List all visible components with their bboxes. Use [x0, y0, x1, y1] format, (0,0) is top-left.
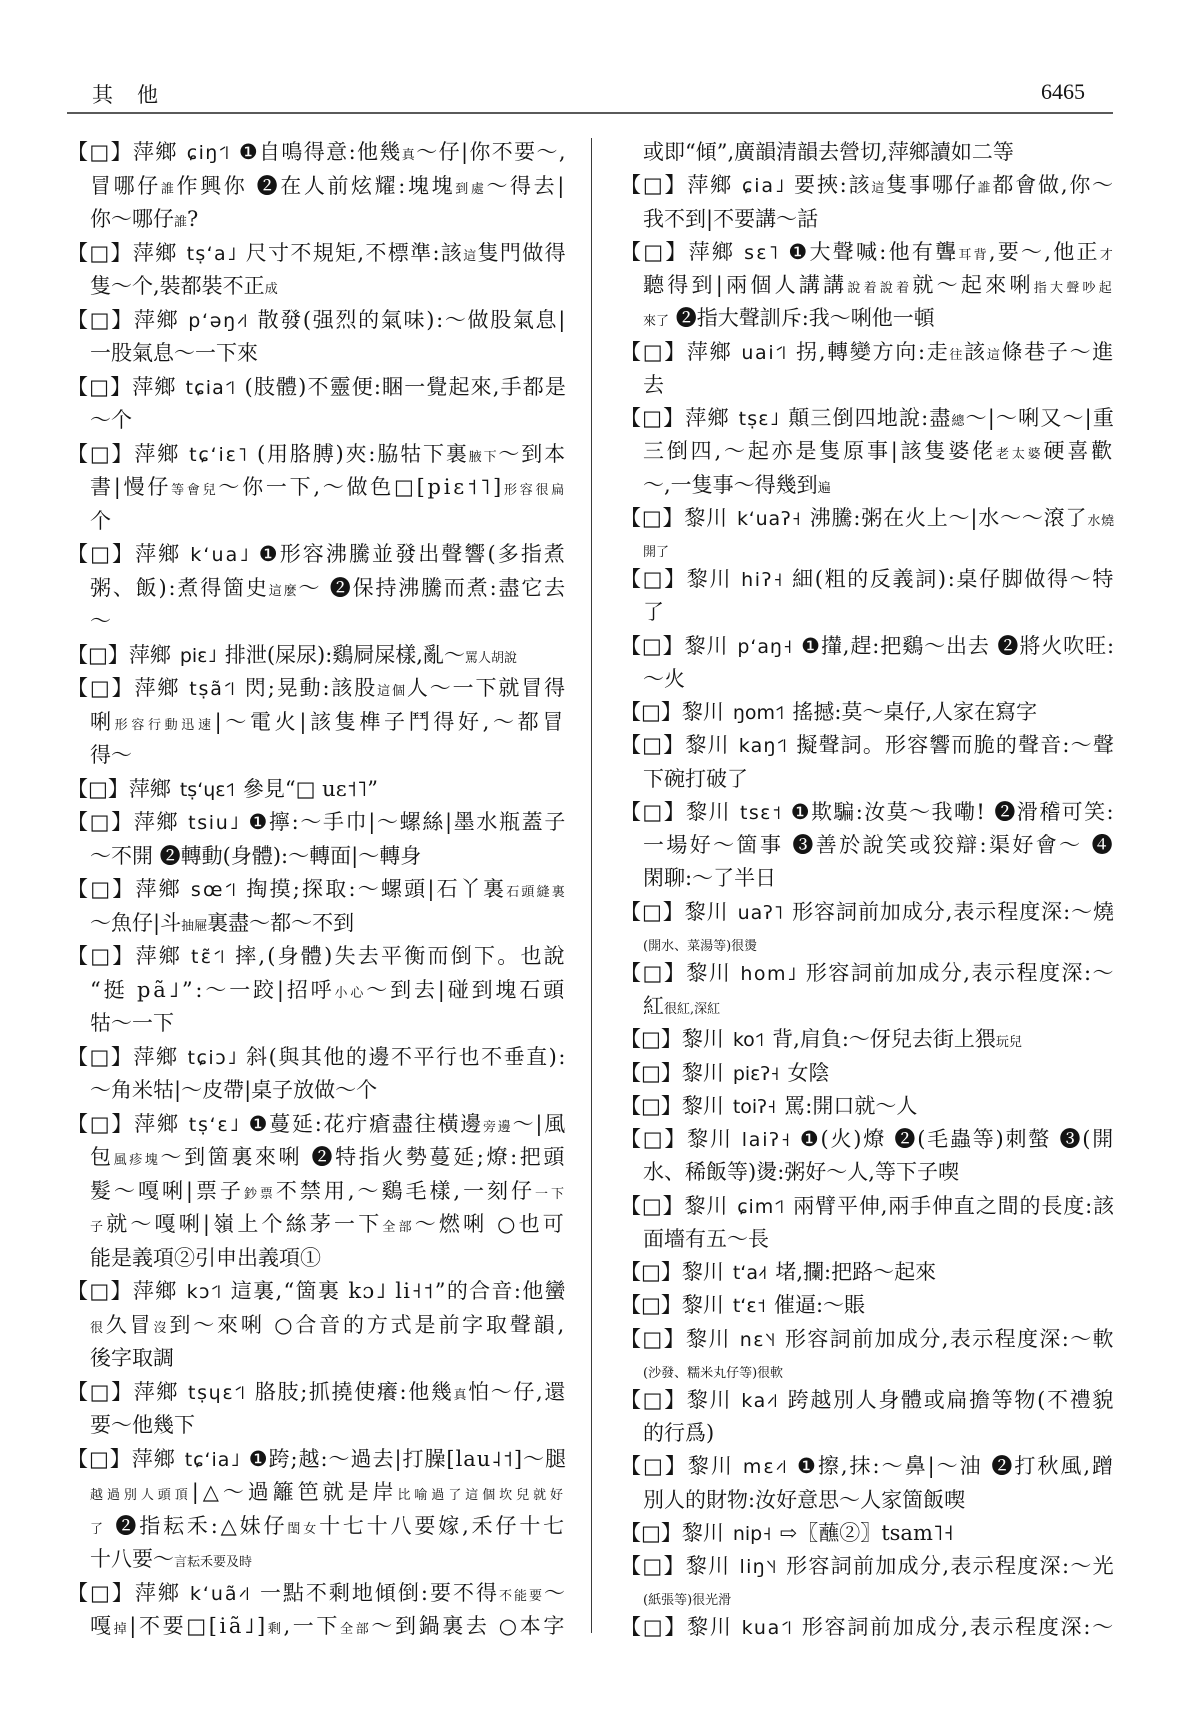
dictionary-entry: 【□】萍鄉tṣʻa˩尺寸不規矩,不標準:該這隻門做得隻～个,裝都裝不正成: [67, 237, 567, 304]
ipa-transcription: ko˦˥: [733, 1029, 764, 1051]
ipa-transcription: ɕim˦˥: [737, 1196, 785, 1218]
gloss-annotation: 這麼: [269, 584, 299, 599]
definition-text: ～到去|碰到塊石頭: [366, 978, 567, 1002]
headword-placeholder: 【□】: [620, 700, 682, 724]
ipa-transcription: pʻəŋ˨˦: [188, 310, 249, 332]
headword-placeholder: 【□】: [620, 733, 685, 757]
entry-line: ～火: [620, 663, 1115, 696]
line-content: ～火: [643, 663, 685, 696]
line-content: 面墻有五～長: [643, 1223, 769, 1256]
definition-text: 隻事哪仔: [886, 173, 977, 197]
dialect-label: 萍鄉: [133, 140, 178, 164]
gloss-annotation: 全部: [382, 1220, 414, 1235]
line-content: 【□】萍鄉kʻua˩❶形容沸騰並發出聲響(多指煮: [67, 538, 567, 573]
definition-text: 形容詞前加成分,表示程度深:～: [806, 961, 1115, 985]
line-content: 【□】黎川laiʔ˧❶(火)燎 ❷(毛蟲等)刺螫 ❸(開: [620, 1123, 1115, 1157]
line-content: 【□】黎川uaʔ˥形容詞前加成分,表示程度深:～燒: [620, 896, 1115, 930]
line-content: 【□】萍鄉tɕʻia˩❶跨;越:～過去|打臊[lau˨˦]～腿: [67, 1443, 567, 1478]
dialect-label: 萍鄉: [135, 877, 181, 901]
entry-line: 一股氣息～一下來: [67, 337, 567, 371]
definition-text: ～,一隻事～得幾到: [643, 473, 818, 497]
line-content: 【□】黎川toiʔ˧罵:開口就～人: [620, 1090, 917, 1124]
definition-text: 下碗打破了: [643, 767, 748, 791]
entry-line: ～魚仔|斗抽屜裏盡～都～不到: [67, 907, 567, 941]
dialect-label: 萍鄉: [689, 240, 736, 264]
definition-text: ❷指大聲訓斥:我～唎他一頓: [669, 306, 935, 330]
definition-text: 兩臂平伸,兩手伸直之間的長度:該: [793, 1194, 1115, 1218]
dialect-label: 黎川: [687, 567, 732, 591]
definition-text: 唎: [90, 710, 115, 734]
definition-text: ,一下: [283, 1614, 340, 1638]
gloss-annotation: 抽屜: [181, 919, 207, 934]
entry-line: 【□】黎川liŋ˥˧形容詞前加成分,表示程度深:～光: [620, 1550, 1115, 1583]
gloss-annotation: 遍: [818, 481, 831, 496]
definition-text: 擬聲詞。形容響而脆的聲音:～聲: [796, 733, 1115, 757]
entry-line: 【□】黎川ka˨˦跨越別人身體或扁擔等物(不禮貌: [620, 1384, 1115, 1417]
ipa-transcription: hiʔ˧: [741, 569, 784, 591]
definition-text: 形容詞前加成分,表示程度深:～燒: [792, 900, 1115, 924]
dictionary-entry: 【□】黎川kaŋ˦˥擬聲詞。形容響而脆的聲音:～聲下碗打破了: [620, 729, 1115, 796]
line-content: 書|慢仔等會兒～你一下,～做色□[piɛ˦˥]形容很扁: [90, 471, 567, 508]
definition-text: ～: [544, 1581, 567, 1605]
entry-line: 或即“傾”,廣韻清韻去營切,萍鄉讀如二等: [620, 136, 1115, 169]
definition-text: ⇨〖蘸②〗tsam˥˧: [780, 1521, 954, 1545]
definition-text: 裏盡～都～不到: [207, 911, 354, 935]
definition-text: 都會做,你～: [992, 173, 1115, 197]
definition-text: 面墻有五～長: [643, 1227, 769, 1251]
line-content: 【□】萍鄉sœ˦˥掏摸;探取:～螺頭|石丫裏石頭縫裏: [67, 873, 567, 910]
entry-line: 三倒四,～起亦是隻原事|該隻婆佬老太婆硬喜歡: [620, 435, 1115, 468]
entry-line: 來了 ❷指大聲訓斥:我～唎他一頓: [620, 302, 1115, 335]
dictionary-entry: 【□】萍鄉kʻua˩❶形容沸騰並發出聲響(多指煮粥、飯):煮得箇史這麼～ ❷保持…: [67, 538, 567, 639]
definition-text: ❶攆,趕:把鷄～出去 ❷將火吹旺:: [801, 634, 1115, 658]
line-content: 【□】萍鄉tɕia˦˥(肢體)不靈便:睏一覺起來,手都是: [67, 371, 567, 406]
line-content: 【□】黎川pʻaŋ˧❶攆,趕:把鷄～出去 ❷將火吹旺:: [620, 630, 1115, 664]
ipa-transcription: tṣã˦˥: [189, 678, 237, 700]
definition-text: 聽得到|兩個人講講: [643, 273, 847, 297]
definition-text: ,要～,他正: [989, 240, 1100, 264]
entry-line: 我不到|不要講～話: [620, 203, 1115, 236]
entry-line: 【□】黎川mɛ˨˦❶擦,抹:～鼻|～油 ❷打秋風,蹭: [620, 1450, 1115, 1483]
headword-placeholder: 【□】: [67, 944, 136, 968]
ipa-transcription: nɛ˥˧: [740, 1329, 777, 1351]
headword-placeholder: 【□】: [67, 375, 132, 399]
entry-line: 【□】萍鄉tṣɛ˩顛三倒四地說:盡總～|～唎又～|重: [620, 402, 1115, 435]
dialect-label: 萍鄉: [136, 944, 182, 968]
definition-text: ❶形容沸騰並發出聲響(多指煮: [259, 542, 567, 566]
definition-text: 隻門做得: [478, 241, 567, 265]
definition-text: 別人的財物:汝好意思～人家箇飯喫: [643, 1488, 965, 1512]
dialect-label: 黎川: [684, 1194, 728, 1218]
entry-line: 冒哪仔誰作興你 ❷在人前炫耀:塊塊到處～得去|: [67, 170, 567, 204]
dialect-label: 萍鄉: [133, 1279, 178, 1303]
entry-line: 要～他幾下: [67, 1409, 567, 1443]
line-content: 【□】萍鄉piɛ˩排泄(屎尿):鷄屙屎樣,亂～罵人胡說: [67, 639, 517, 676]
line-content: 冒哪仔誰作興你 ❷在人前炫耀:塊塊到處～得去|: [90, 170, 567, 207]
entry-line: 【□】萍鄉sœ˦˥掏摸;探取:～螺頭|石丫裏石頭縫裏: [67, 873, 567, 907]
ipa-transcription: kaŋ˦˥: [739, 735, 789, 757]
gloss-annotation: 成: [265, 282, 278, 297]
gloss-annotation: 沒: [154, 1321, 170, 1336]
entry-line: 【□】萍鄉piɛ˩排泄(屎尿):鷄屙屎樣,亂～罵人胡說: [67, 639, 567, 673]
headword-placeholder: 【□】: [67, 1447, 132, 1471]
dictionary-entry: 【□】萍鄉tṣɥɛ˦˥胳肢;抓撓使癢:他幾真怕～仔,還要～他幾下: [67, 1376, 567, 1443]
dialect-label: 黎川: [682, 1061, 724, 1085]
dialect-label: 黎川: [687, 1615, 733, 1639]
definition-text: ～不開 ❷轉動(身體):～轉面|～轉身: [90, 844, 421, 868]
dictionary-entry: 【□】萍鄉piɛ˩排泄(屎尿):鷄屙屎樣,亂～罵人胡說: [67, 639, 567, 673]
line-content: 【□】黎川hiʔ˧細(粗的反義詞):桌仔脚做得～特: [620, 563, 1115, 597]
entry-line: 粥、飯):煮得箇史這麼～ ❷保持沸騰而煮:盡它去: [67, 572, 567, 606]
definition-text: 作興你 ❷在人前炫耀:塊塊: [176, 174, 455, 198]
headword-placeholder: 【□】: [67, 140, 133, 164]
line-content: 嘎掉|不要□[iã˩]剩,一下全部～到鍋裏去 ○本字: [90, 1610, 567, 1647]
line-content: 【□】黎川kʻuaʔ˧沸騰:粥在火上～|水～～滾了水燒: [620, 502, 1115, 538]
line-content: 牯～一下: [90, 1007, 174, 1041]
headword-placeholder: 【□】: [620, 900, 685, 924]
definition-text: 粥、飯):煮得箇史: [90, 576, 269, 600]
ipa-transcription: liŋ˥˧: [739, 1556, 778, 1578]
line-content: 【□】萍鄉tṣɥɛ˦˥胳肢;抓撓使癢:他幾真怕～仔,還: [67, 1376, 567, 1413]
entry-line: 閑聊:～了半日: [620, 862, 1115, 895]
dialect-label: 黎川: [686, 1327, 731, 1351]
dictionary-entry: 【□】黎川mɛ˨˦❶擦,抹:～鼻|～油 ❷打秋風,蹭別人的財物:汝好意思～人家箇…: [620, 1450, 1115, 1517]
ipa-transcription: tɛ̃˦˥: [191, 946, 227, 968]
definition-text: 該: [964, 340, 987, 364]
definition-text: 你～哪仔: [90, 207, 174, 231]
dialect-label: 萍鄉: [135, 1581, 181, 1605]
definition-text: ❶跨;越:～過去|打臊[lau˨˦]～腿: [249, 1447, 567, 1471]
dictionary-entry: 【□】黎川ŋom˦˥搖撼:莫～桌仔,人家在寫字: [620, 696, 1115, 729]
definition-text: 的行爲): [643, 1421, 714, 1445]
gloss-annotation: 這: [871, 181, 886, 196]
headword-placeholder: 【□】: [620, 240, 689, 264]
right-column-entries: 或即“傾”,廣韻清韻去營切,萍鄉讀如二等【□】萍鄉ɕia˩要挾:該這隻事哪仔誰都…: [620, 136, 1115, 1645]
entry-line: ～个: [67, 404, 567, 438]
headword-placeholder: 【□】: [67, 442, 134, 466]
line-content: 你～哪仔誰?: [90, 203, 198, 240]
definition-text: 參見“□ uɛ˦˥”: [243, 777, 378, 801]
line-content: 包風疹塊～到箇裏來唎 ❷特指火勢蔓延;燎:把頭: [90, 1141, 567, 1178]
entry-line: 【□】黎川ɕim˦˥兩臂平伸,兩手伸直之間的長度:該: [620, 1190, 1115, 1223]
dialect-label: 萍鄉: [135, 542, 181, 566]
dialect-label: 萍鄉: [133, 1045, 178, 1069]
line-content: 【□】黎川piɛʔ˧女陰: [620, 1057, 830, 1091]
definition-text: 怕～仔,還: [468, 1380, 567, 1404]
dialect-label: 萍鄉: [134, 676, 180, 700]
definition-text: (用胳膊)夾:脇牯下裏: [257, 442, 469, 466]
definition-text: 包: [90, 1145, 114, 1169]
entry-line: 【□】萍鄉ɕia˩要挾:該這隻事哪仔誰都會做,你～: [620, 169, 1115, 202]
dictionary-entry: 【□】萍鄉tɕia˦˥(肢體)不靈便:睏一覺起來,手都是～个: [67, 371, 567, 438]
dialect-label: 萍鄉: [133, 241, 178, 265]
line-content: 的行爲): [643, 1417, 714, 1450]
dictionary-entry: 【□】黎川nip˧⇨〖蘸②〗tsam˥˧: [620, 1517, 1115, 1550]
entry-line: 【□】黎川tʻa˨˦堵,攔:把路～起來: [620, 1256, 1115, 1289]
ipa-transcription: pʻaŋ˧: [737, 636, 793, 658]
line-content: 【□】萍鄉tṣã˦˥閃;晃動:該股這個人～一下就冒得: [67, 672, 567, 709]
entry-line: 能是義項②引申出義項①: [67, 1242, 567, 1276]
ipa-transcription: kʻuã˨˦: [190, 1583, 252, 1605]
ipa-transcription: sɛ˥: [744, 242, 780, 264]
gloss-annotation: 這個: [377, 684, 407, 699]
definition-text: 人～一下就冒得: [407, 676, 567, 700]
dictionary-entry: 【□】萍鄉sɛ˥❶大聲喊:他有聾耳背,要～,他正才聽得到|兩個人講講說着說着就～…: [620, 236, 1115, 336]
line-content: 【□】萍鄉tɕʻiɛ˥(用胳膊)夾:脇牯下裏腋下～到本: [67, 438, 567, 475]
definition-text: 三倒四,～起亦是隻原事|該隻婆佬: [643, 439, 996, 463]
headword-placeholder: 【□】: [67, 241, 133, 265]
gloss-annotation: 越過別人頭頂: [90, 1488, 192, 1503]
definition-text: “挺 pã˩”:～一跤|招呼: [90, 978, 335, 1002]
gloss-annotation: 總: [951, 414, 965, 429]
left-column-entries: 【□】萍鄉ɕiŋ˦˥❶自鳴得意:他幾真～仔|你不要～,冒哪仔誰作興你 ❷在人前炫…: [67, 136, 567, 1644]
gloss-annotation: 這: [987, 348, 1002, 363]
ipa-transcription: ɕiŋ˦˥: [187, 142, 231, 164]
definition-text: (肢體)不靈便:睏一覺起來,手都是: [245, 375, 567, 399]
entry-line: 越過別人頭頂|△～過籬笆就是岸比喻過了這個坎兒就好: [67, 1476, 567, 1510]
definition-text: 顛三倒四地說:盡: [788, 406, 951, 430]
dictionary-entry: 【□】萍鄉kɔ˦˥這裏,“箇裏 kɔ˩ li˧˦”的合音:他蠻很久冒沒到～來唎 …: [67, 1275, 567, 1376]
gloss-annotation: 等會兒: [171, 483, 218, 498]
line-content: ～魚仔|斗抽屜裏盡～都～不到: [90, 907, 354, 944]
definition-text: 髮～嘎唎|票子: [90, 1179, 244, 1203]
line-content: 【□】黎川hom˩形容詞前加成分,表示程度深:～: [620, 957, 1115, 991]
definition-text: 牯～一下: [90, 1011, 174, 1035]
definition-text: 跨越別人身體或扁擔等物(不禮貌: [788, 1388, 1115, 1412]
ipa-transcription: uai˦˥: [741, 342, 788, 364]
definition-text: 背,肩負:～伢兒去街上猥: [772, 1027, 996, 1051]
headword-placeholder: 【□】: [620, 340, 687, 364]
gloss-annotation: 來了: [643, 314, 669, 329]
definition-text: 後字取調: [90, 1346, 174, 1370]
line-content: 得～: [90, 739, 132, 773]
entry-line: 【□】黎川uaʔ˥形容詞前加成分,表示程度深:～燒: [620, 896, 1115, 929]
headword-placeholder: 【□】: [620, 961, 686, 985]
headword-placeholder: 【□】: [67, 308, 134, 332]
dictionary-entry: 【□】黎川hiʔ˧細(粗的反義詞):桌仔脚做得～特了: [620, 563, 1115, 630]
headword-placeholder: 【□】: [620, 1327, 686, 1351]
definition-text: |△～過籬笆就是岸: [192, 1480, 398, 1504]
dictionary-entry: 或即“傾”,廣韻清韻去營切,萍鄉讀如二等: [620, 136, 1115, 169]
definition-text: ❶擦,抹:～鼻|～油 ❷打秋風,蹭: [797, 1454, 1115, 1478]
dialect-label: 黎川: [684, 506, 728, 530]
headword-placeholder: 【□】: [620, 1260, 682, 1284]
entry-line: 去: [620, 369, 1115, 402]
dictionary-entry: 【□】黎川pʻaŋ˧❶攆,趕:把鷄～出去 ❷將火吹旺:～火: [620, 630, 1115, 697]
ipa-transcription: nip˧: [733, 1523, 772, 1545]
headword-placeholder: 【□】: [620, 406, 685, 430]
line-content: 唎形容行動迅速|～電火|該隻榫子鬥得好,～都冒: [90, 706, 567, 743]
ipa-transcription: mɛ˨˦: [743, 1456, 789, 1478]
gloss-annotation: 真: [453, 1388, 468, 1403]
ipa-transcription: tsɛ˦: [740, 802, 783, 824]
line-content: 【□】黎川liŋ˥˧形容詞前加成分,表示程度深:～光: [620, 1550, 1115, 1584]
definition-text: 閑聊:～了半日: [643, 866, 776, 890]
entry-line: 得～: [67, 739, 567, 773]
entry-line: 【□】萍鄉kʻua˩❶形容沸騰並發出聲響(多指煮: [67, 538, 567, 572]
ipa-transcription: tṣɥɛ˦˥: [188, 1382, 247, 1404]
gloss-annotation: 子: [90, 1220, 106, 1235]
line-content: 【□】黎川kua˦˥形容詞前加成分,表示程度深:～: [620, 1611, 1115, 1645]
gloss-annotation: 小心: [335, 986, 367, 1001]
definition-text: 到～來唎 ○合音的方式是前字取聲韻,: [169, 1313, 567, 1337]
line-content: “挺 pã˩”:～一跤|招呼小心～到去|碰到塊石頭: [90, 974, 567, 1011]
definition-text: ❶大聲喊:他有聾: [788, 240, 958, 264]
headword-placeholder: 【□】: [620, 1127, 687, 1151]
entry-line: 下碗打破了: [620, 763, 1115, 796]
entry-line: 的行爲): [620, 1417, 1115, 1450]
entry-line: 【□】萍鄉tṣɥɛ˦˥胳肢;抓撓使癢:他幾真怕～仔,還: [67, 1376, 567, 1410]
line-content: 【□】黎川ka˨˦跨越別人身體或扁擔等物(不禮貌: [620, 1384, 1115, 1418]
dialect-label: 萍鄉: [134, 810, 179, 834]
entry-line: 【□】萍鄉tṣʻɥɛ˦˥參見“□ uɛ˦˥”: [67, 773, 567, 807]
definition-text: 能是義項②引申出義項①: [90, 1246, 321, 1270]
ipa-transcription: kʻuaʔ˧: [737, 508, 802, 530]
dictionary-entry: 【□】萍鄉tsiu˩❶擰:～手巾|～螺絲|墨水瓶蓋子～不開 ❷轉動(身體):～轉…: [67, 806, 567, 873]
line-content: 或即“傾”,廣韻清韻去營切,萍鄉讀如二等: [643, 136, 1014, 169]
line-content: ～,一隻事～得幾到遍: [643, 469, 831, 505]
gloss-annotation: 很: [90, 1321, 106, 1336]
definition-text: 去: [643, 373, 664, 397]
line-content: 聽得到|兩個人講講說着說着就～起來唎指大聲吵起: [643, 269, 1115, 305]
line-content: 三倒四,～起亦是隻原事|該隻婆佬老太婆硬喜歡: [643, 435, 1115, 471]
line-content: 【□】黎川mɛ˨˦❶擦,抹:～鼻|～油 ❷打秋風,蹭: [620, 1450, 1115, 1484]
dictionary-entry: 【□】黎川nɛ˥˧形容詞前加成分,表示程度深:～軟(沙發、糯米丸仔等)很軟: [620, 1323, 1115, 1384]
entry-line: 【□】萍鄉ɕiŋ˦˥❶自鳴得意:他幾真～仔|你不要～,: [67, 136, 567, 170]
gloss-annotation: 玩兒: [996, 1035, 1022, 1050]
dialect-label: 黎川: [687, 1127, 733, 1151]
dialect-label: 黎川: [685, 900, 729, 924]
headword-placeholder: 【□】: [67, 1581, 135, 1605]
entry-line: ～不開 ❷轉動(身體):～轉面|～轉身: [67, 840, 567, 874]
dictionary-entry: 【□】黎川ka˨˦跨越別人身體或扁擔等物(不禮貌的行爲): [620, 1384, 1115, 1451]
line-content: 紅很紅,深紅: [643, 990, 720, 1026]
definition-text: 胳肢;抓撓使癢:他幾: [255, 1380, 454, 1404]
dialect-label: 萍鄉: [129, 777, 171, 801]
gloss-annotation: 形容很扁: [504, 483, 567, 498]
definition-text: 催逼:～賬: [774, 1293, 865, 1317]
dictionary-entry: 【□】黎川toiʔ˧罵:開口就～人: [620, 1090, 1115, 1123]
dialect-label: 黎川: [686, 800, 731, 824]
definition-text: 斜(與其他的邊不平行也不垂直):: [246, 1045, 567, 1069]
line-content: 越過別人頭頂|△～過籬笆就是岸比喻過了這個坎兒就好: [90, 1476, 567, 1513]
gloss-annotation: 腋下: [469, 450, 499, 465]
definition-text: ～得去|: [486, 174, 567, 198]
gloss-annotation: 真: [402, 148, 416, 163]
dictionary-entry: 【□】萍鄉tṣã˦˥閃;晃動:該股這個人～一下就冒得唎形容行動迅速|～電火|該隻…: [67, 672, 567, 773]
entry-line: 【□】萍鄉tṣʻɛ˩❶蔓延:花疔瘡盡往橫邊旁邊～|風: [67, 1108, 567, 1142]
entry-line: 【□】黎川pʻaŋ˧❶攆,趕:把鷄～出去 ❷將火吹旺:: [620, 630, 1115, 663]
gloss-annotation: 了: [90, 1522, 106, 1537]
definition-text: ～角米牯|～皮帶|桌子放做～个: [90, 1078, 377, 1102]
entry-line: 【□】萍鄉sɛ˥❶大聲喊:他有聾耳背,要～,他正才: [620, 236, 1115, 269]
dictionary-entry: 【□】黎川laiʔ˧❶(火)燎 ❷(毛蟲等)刺螫 ❸(開水、稀飯等)燙:粥好～人…: [620, 1123, 1115, 1190]
definition-text: ～你一下,～做色□[piɛ˦˥]: [218, 475, 504, 499]
ipa-transcription: tṣʻɥɛ˦˥: [180, 779, 235, 801]
dialect-label: 黎川: [682, 1027, 724, 1051]
definition-text: 搖撼:莫～桌仔,人家在寫字: [792, 700, 1037, 724]
gloss-annotation: 罵人胡說: [465, 651, 517, 666]
definition-text: 散發(强烈的氣味):～做股氣息|: [258, 308, 567, 332]
entry-line: 聽得到|兩個人講講說着說着就～起來唎指大聲吵起: [620, 269, 1115, 302]
line-content: 【□】萍鄉tṣʻɛ˩❶蔓延:花疔瘡盡往橫邊旁邊～|風: [67, 1108, 567, 1145]
line-content: 【□】萍鄉sɛ˥❶大聲喊:他有聾耳背,要～,他正才: [620, 236, 1115, 272]
entry-line: 很久冒沒到～來唎 ○合音的方式是前字取聲韻,: [67, 1309, 567, 1343]
line-content: 水、稀飯等)燙:粥好～人,等下子喫: [643, 1156, 959, 1189]
entry-line: 水、稀飯等)燙:粥好～人,等下子喫: [620, 1156, 1115, 1189]
definition-text: 硬喜歡: [1044, 439, 1115, 463]
dialect-label: 黎川: [686, 961, 731, 985]
definition-text: 我不到|不要講～話: [643, 207, 818, 231]
entry-line: 【□】萍鄉kɔ˦˥這裏,“箇裏 kɔ˩ li˧˦”的合音:他蠻: [67, 1275, 567, 1309]
entry-line: 【□】萍鄉pʻəŋ˨˦散發(强烈的氣味):～做股氣息|: [67, 304, 567, 338]
line-content: 【□】萍鄉ɕia˩要挾:該這隻事哪仔誰都會做,你～: [620, 169, 1115, 205]
entry-line: 十八要～言耘禾要及時: [67, 1543, 567, 1577]
definition-text: 要挾:該: [794, 173, 871, 197]
dictionary-entry: 【□】黎川liŋ˥˧形容詞前加成分,表示程度深:～光(紙張等)很光滑: [620, 1550, 1115, 1611]
definition-text: 久冒: [106, 1313, 154, 1337]
ipa-transcription: tṣɛ˩: [739, 408, 781, 430]
entry-line: 【□】黎川tʻɛ˦催逼:～賬: [620, 1289, 1115, 1322]
definition-text: ❶(火)燎 ❷(毛蟲等)刺螫 ❸(開: [800, 1127, 1115, 1151]
line-content: 【□】黎川tʻɛ˦催逼:～賬: [620, 1289, 865, 1323]
entry-line: ～角米牯|～皮帶|桌子放做～个: [67, 1074, 567, 1108]
line-content: 去: [643, 369, 664, 402]
entry-line: 【□】黎川kua˦˥形容詞前加成分,表示程度深:～: [620, 1611, 1115, 1644]
ipa-transcription: ɕia˩: [742, 175, 786, 197]
entry-line: 面墻有五～長: [620, 1223, 1115, 1256]
dictionary-entry: 【□】萍鄉tɛ̃˦˥摔,(身體)失去平衡而倒下。也說“挺 pã˩”:～一跤|招呼…: [67, 940, 567, 1041]
line-content: 了: [643, 596, 664, 629]
definition-text: 十八要～: [90, 1547, 174, 1571]
entry-line: 了 ❷指耘禾:△妹仔閨女十七十八要嫁,禾仔十七: [67, 1510, 567, 1544]
entry-line: 【□】黎川hiʔ˧細(粗的反義詞):桌仔脚做得～特: [620, 563, 1115, 596]
dictionary-entry: 【□】萍鄉pʻəŋ˨˦散發(强烈的氣味):～做股氣息|一股氣息～一下來: [67, 304, 567, 371]
entry-line: 【□】黎川laiʔ˧❶(火)燎 ❷(毛蟲等)刺螫 ❸(開: [620, 1123, 1115, 1156]
line-content: 【□】萍鄉kɔ˦˥這裏,“箇裏 kɔ˩ li˧˦”的合音:他蠻: [67, 1275, 567, 1310]
entry-line: 【□】黎川kʻuaʔ˧沸騰:粥在火上～|水～～滾了水燒: [620, 502, 1115, 535]
headword-placeholder: 【□】: [67, 877, 135, 901]
entry-line: 【□】萍鄉tṣʻa˩尺寸不規矩,不標準:該這隻門做得: [67, 237, 567, 271]
entry-line: 別人的財物:汝好意思～人家箇飯喫: [620, 1484, 1115, 1517]
dictionary-entry: 【□】黎川uaʔ˥形容詞前加成分,表示程度深:～燒(開水、菜湯等)很燙: [620, 896, 1115, 957]
definition-text: 一點不剩地傾倒:要不得: [260, 1581, 499, 1605]
entry-line: 唎形容行動迅速|～電火|該隻榫子鬥得好,～都冒: [67, 706, 567, 740]
definition-text: 一場好～箇事 ❸善於說笑或狡辯:渠好會～ ❹: [643, 833, 1115, 857]
line-content: 【□】黎川ɕim˦˥兩臂平伸,兩手伸直之間的長度:該: [620, 1190, 1115, 1224]
definition-text: |～電火|該隻榫子鬥得好,～都冒: [215, 710, 567, 734]
line-content: 【□】黎川nɛ˥˧形容詞前加成分,表示程度深:～軟: [620, 1323, 1115, 1357]
entry-line: 【□】萍鄉uai˦˥拐,轉變方向:走往該這條巷子～進: [620, 336, 1115, 369]
dialect-label: 黎川: [688, 1454, 734, 1478]
dictionary-entry: 【□】萍鄉tɕʻiɛ˥(用胳膊)夾:脇牯下裏腋下～到本書|慢仔等會兒～你一下,～…: [67, 438, 567, 539]
ipa-transcription: hom˩: [740, 963, 798, 985]
gloss-annotation: (開水、菜湯等)很燙: [643, 939, 757, 954]
definition-text: ❶自鳴得意:他幾: [239, 140, 402, 164]
entry-line: 紅很紅,深紅: [620, 990, 1115, 1023]
line-content: ～: [90, 605, 111, 639]
line-content: 了 ❷指耘禾:△妹仔閨女十七十八要嫁,禾仔十七: [90, 1510, 567, 1547]
line-content: 【□】黎川tsɛ˦❶欺騙:汝莫～我嘞! ❷滑稽可笑:: [620, 796, 1115, 830]
definition-text: ～魚仔|斗: [90, 911, 181, 935]
line-content: 下碗打破了: [643, 763, 748, 796]
gloss-annotation: 到處: [455, 182, 486, 197]
gloss-annotation: 旁邊: [483, 1120, 513, 1135]
ipa-transcription: tsiu˩: [188, 812, 240, 834]
dialect-label: 黎川: [682, 1293, 724, 1317]
definition-text: ❷指耘禾:△妹仔: [106, 1514, 288, 1538]
definition-text: ❶蔓延:花疔瘡盡往橫邊: [249, 1112, 483, 1136]
